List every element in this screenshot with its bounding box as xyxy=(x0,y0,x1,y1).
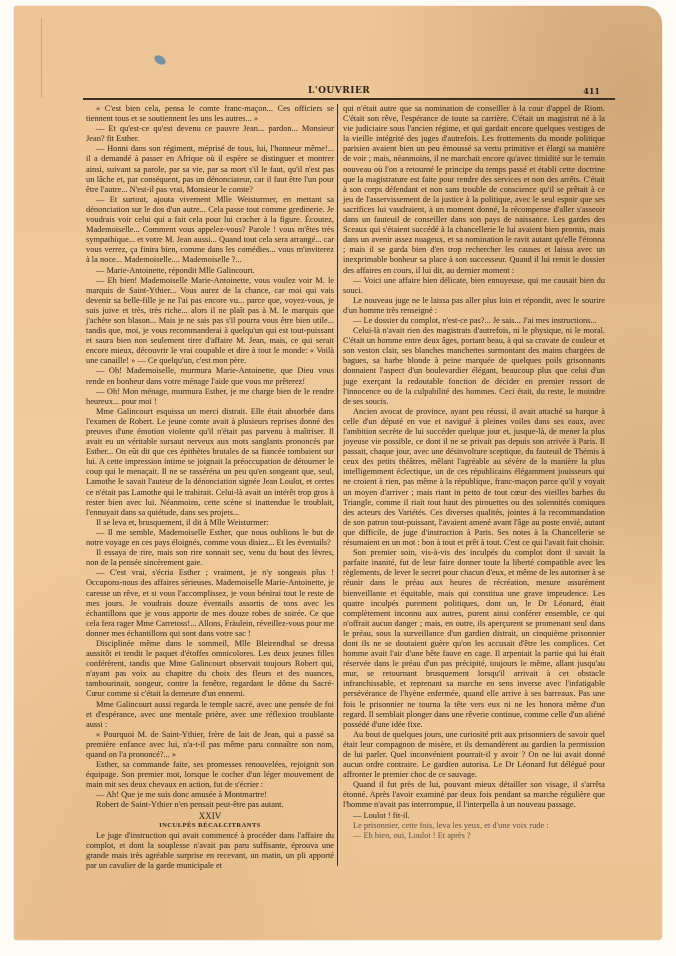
running-title: L'OUVRIER xyxy=(308,86,370,96)
page-header: L'OUVRIER 411 xyxy=(83,86,615,98)
paragraph: Il se leva et, brusquement, il dit à Mll… xyxy=(86,518,334,528)
right-column: qui n'était autre que sa nomination de c… xyxy=(343,104,605,841)
paragraph: Mme Galincourt aussi regarda le temple s… xyxy=(86,700,334,730)
chapter-number: XXIV xyxy=(86,811,334,821)
paragraph: « Pourquoi M. de Saint-Ythier, frère de … xyxy=(86,730,334,760)
column-divider xyxy=(337,104,338,866)
paragraph: — Ah! Que je me suis donc amusée à Montm… xyxy=(86,790,334,800)
paragraph: — Et qu'est-ce qu'est devenu ce pauvre J… xyxy=(86,124,334,144)
paragraph: Esther, sa commande faite, ses promesses… xyxy=(86,760,334,790)
chapter-title: INCULPÉS RÉCALCITRANTS xyxy=(86,821,334,831)
paragraph: — Eh bien! Mademoiselle Marie-Antoinette… xyxy=(86,276,334,367)
paragraph: « C'est bien cela, pensa le comte franc-… xyxy=(86,104,334,124)
paragraph: — Eh bien, oui, Loulot ! Et après ? xyxy=(343,831,605,841)
paragraph: Mme Galincourt esquissa un merci distrai… xyxy=(86,407,334,518)
page-number: 411 xyxy=(583,86,600,96)
paragraph: — Voici une affaire bien délicate, bien … xyxy=(343,276,605,296)
ink-stain xyxy=(153,54,167,67)
paragraph: Le juge d'instruction qui avait commencé… xyxy=(86,831,334,871)
paragraph: Robert de Saint-Ythier n'en pensait peut… xyxy=(86,800,334,810)
paragraph: Disciplinée même dans le sommeil, Mlle B… xyxy=(86,639,334,700)
paragraph: Ancien avocat de province, ayant peu réu… xyxy=(343,407,605,548)
paragraph: — Honni dans son régiment, méprisé de to… xyxy=(86,144,334,194)
paragraph: — Marie-Antoinette, répondit Mlle Galinc… xyxy=(86,266,334,276)
header-rule xyxy=(83,98,615,100)
paragraph: — C'est vrai, s'écria Esther ; vraiment,… xyxy=(86,568,334,639)
paragraph: Quand il fut près de lui, pouvant mieux … xyxy=(343,780,605,810)
paragraph: Le prisonnier, cette fois, leva les yeux… xyxy=(343,821,605,831)
paragraph: — Oh! Mademoiselle, murmura Marie-Antoin… xyxy=(86,366,334,386)
paragraph: qui n'était autre que sa nomination de c… xyxy=(343,104,605,276)
fold-line xyxy=(41,18,42,98)
paragraph: — Il me semble, Mademoiselle Esther, que… xyxy=(86,528,334,548)
paragraph: Il essaya de rire, mais son rire sonnait… xyxy=(86,548,334,568)
paragraph: Le nouveau juge ne le laissa pas aller p… xyxy=(343,296,605,316)
paragraph: — Oh! Mon ménage, murmura Esther, je me … xyxy=(86,387,334,407)
paragraph: Celui-là n'avait rien des magistrats d'a… xyxy=(343,326,605,407)
left-column: « C'est bien cela, pensa le comte franc-… xyxy=(86,104,334,871)
paragraph: Son premier soin, vis-à-vis des inculpés… xyxy=(343,548,605,730)
paragraph: Au bout de quelques jours, une curiosité… xyxy=(343,730,605,780)
paragraph: — Le dossier du complot, n'est-ce pas?..… xyxy=(343,316,605,326)
paragraph: — Loulot ! fit-il. xyxy=(343,811,605,821)
paragraph: — Et surtout, ajouta vivement Mlle Weist… xyxy=(86,195,334,266)
